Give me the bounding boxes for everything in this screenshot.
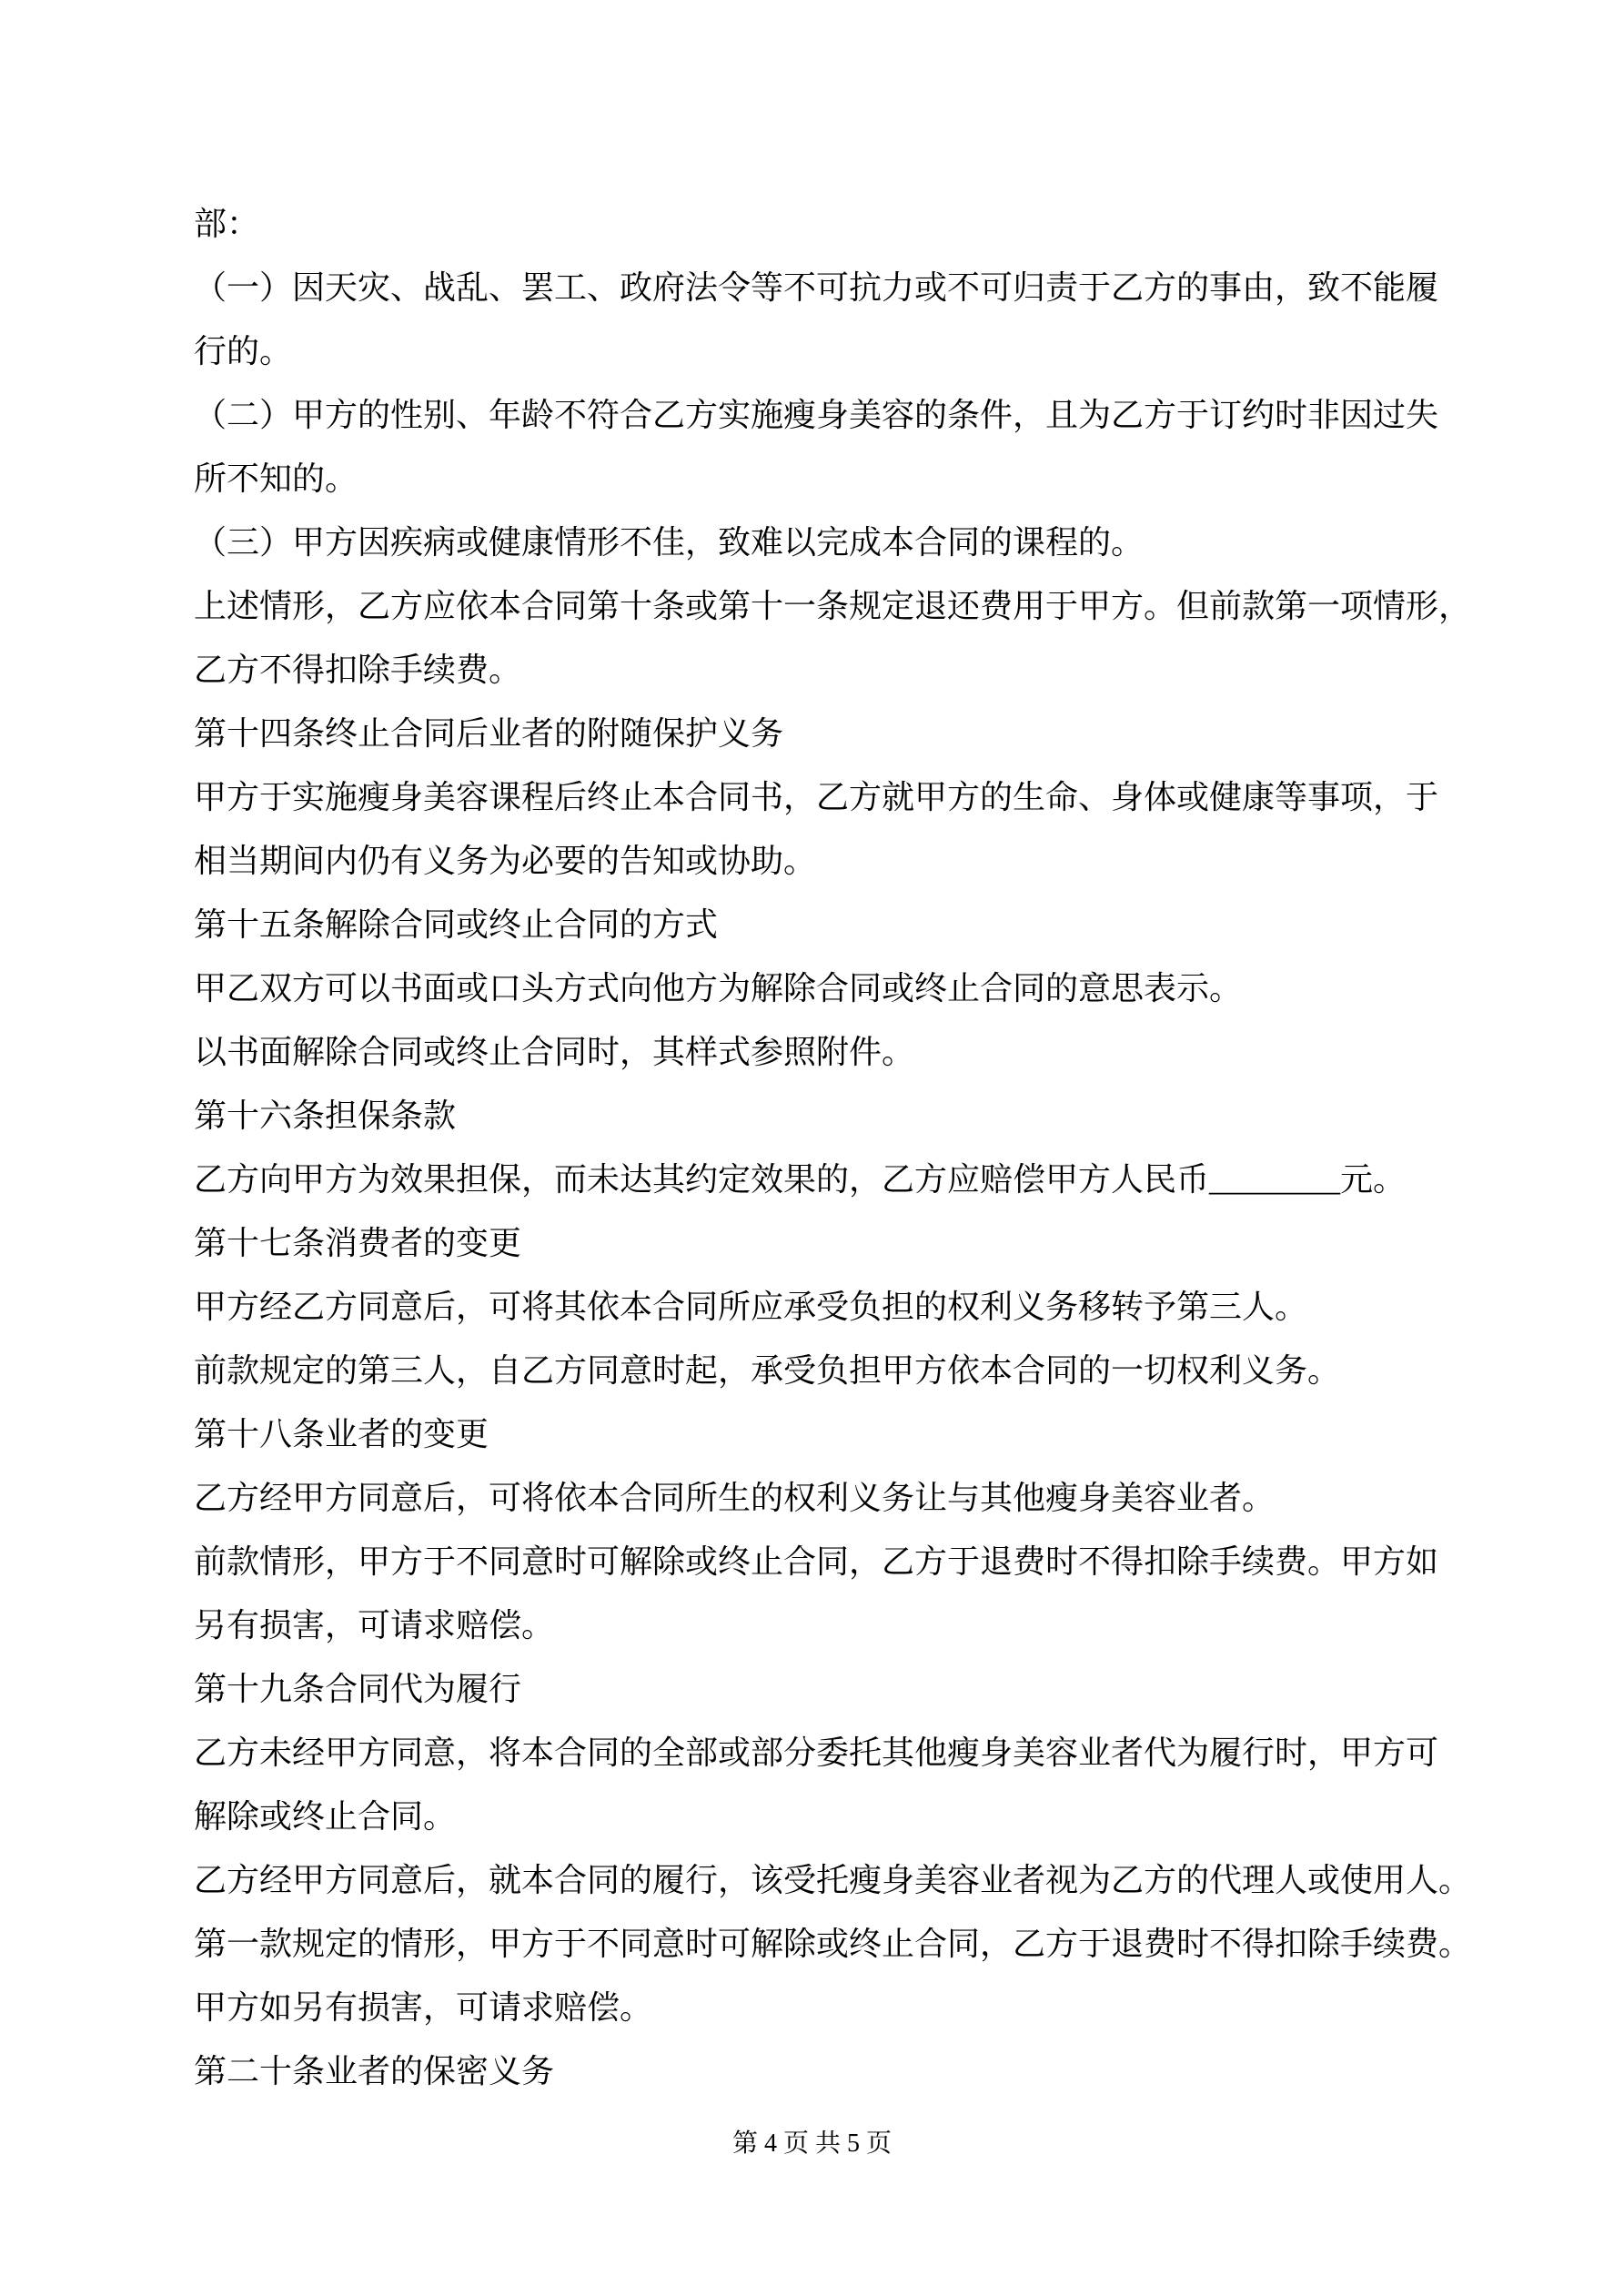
document-line: 乙方经甲方同意后，可将依本合同所生的权利义务让与其他瘦身美容业者。 <box>194 1466 1449 1530</box>
document-line: （二）甲方的性别、年龄不符合乙方实施瘦身美容的条件，且为乙方于订约时非因过失 <box>194 383 1449 447</box>
document-line: 乙方未经甲方同意，将本合同的全部或部分委托其他瘦身美容业者代为履行时，甲方可 <box>194 1721 1449 1785</box>
document-line: 第一款规定的情形，甲方于不同意时可解除或终止合同，乙方于退费时不得扣除手续费。 <box>194 1912 1449 1976</box>
section-heading-20: 第二十条业者的保密义务 <box>194 2039 1449 2103</box>
document-line: 乙方不得扣除手续费。 <box>194 638 1449 702</box>
document-line: 部： <box>194 192 1449 256</box>
document-body: 部： （一）因天灾、战乱、罢工、政府法令等不可抗力或不可归责于乙方的事由，致不能… <box>194 192 1449 2103</box>
contract-page: 部： （一）因天灾、战乱、罢工、政府法令等不可抗力或不可归责于乙方的事由，致不能… <box>0 0 1624 2296</box>
document-line: 前款规定的第三人，自乙方同意时起，承受负担甲方依本合同的一切权利义务。 <box>194 1339 1449 1402</box>
section-heading-17: 第十七条消费者的变更 <box>194 1211 1449 1275</box>
document-line: 相当期间内仍有义务为必要的告知或协助。 <box>194 829 1449 893</box>
document-line: 甲乙双方可以书面或口头方式向他方为解除合同或终止合同的意思表示。 <box>194 956 1449 1020</box>
document-line: 上述情形，乙方应依本合同第十条或第十一条规定退还费用于甲方。但前款第一项情形， <box>194 574 1449 638</box>
document-line: 前款情形，甲方于不同意时可解除或终止合同，乙方于退费时不得扣除手续费。甲方如 <box>194 1530 1449 1593</box>
document-line: （三）甲方因疾病或健康情形不佳，致难以完成本合同的课程的。 <box>194 511 1449 574</box>
section-heading-14: 第十四条终止合同后业者的附随保护义务 <box>194 702 1449 765</box>
document-line: 行的。 <box>194 319 1449 383</box>
document-line: 甲方经乙方同意后，可将其依本合同所应承受负担的权利义务移转予第三人。 <box>194 1275 1449 1339</box>
document-line: 解除或终止合同。 <box>194 1785 1449 1848</box>
page-number-footer: 第 4 页 共 5 页 <box>0 2112 1624 2176</box>
document-line-with-blank: 乙方向甲方为效果担保，而未达其约定效果的，乙方应赔偿甲方人民币________元… <box>194 1148 1449 1211</box>
document-line: （一）因天灾、战乱、罢工、政府法令等不可抗力或不可归责于乙方的事由，致不能履 <box>194 256 1449 319</box>
document-line: 所不知的。 <box>194 447 1449 511</box>
document-line: 另有损害，可请求赔偿。 <box>194 1593 1449 1657</box>
section-heading-16: 第十六条担保条款 <box>194 1084 1449 1148</box>
section-heading-19: 第十九条合同代为履行 <box>194 1657 1449 1721</box>
document-line: 甲方于实施瘦身美容课程后终止本合同书，乙方就甲方的生命、身体或健康等事项，于 <box>194 765 1449 829</box>
document-line: 以书面解除合同或终止合同时，其样式参照附件。 <box>194 1020 1449 1084</box>
section-heading-18: 第十八条业者的变更 <box>194 1402 1449 1466</box>
section-heading-15: 第十五条解除合同或终止合同的方式 <box>194 893 1449 956</box>
document-line: 乙方经甲方同意后，就本合同的履行，该受托瘦身美容业者视为乙方的代理人或使用人。 <box>194 1848 1449 1912</box>
document-line: 甲方如另有损害，可请求赔偿。 <box>194 1976 1449 2039</box>
